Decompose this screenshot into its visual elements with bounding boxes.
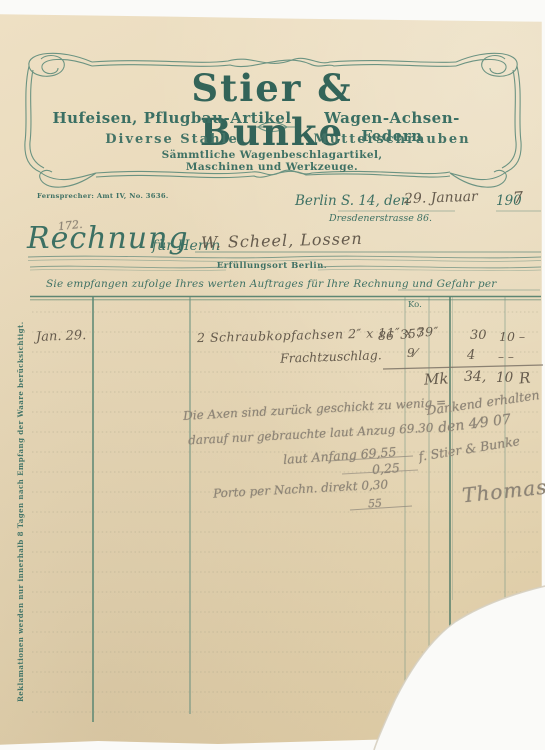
entry-mark: 30 (470, 328, 487, 343)
pencil-note-4: 0,25 (372, 460, 401, 477)
entry-date: Jan. 29. (36, 328, 87, 345)
pencil-note-6: 55 (368, 497, 383, 511)
pencil-note-2: darauf nur gebrauchte laut Anzug 69.30 (188, 421, 434, 448)
receipt-note-2: den 4⁄9 07 (437, 412, 512, 437)
pencil-note-1: Die Axen sind zurück geschickt zu wenig … (183, 395, 447, 423)
surcharge-pfennig: – – (498, 350, 514, 364)
surcharge-label: Frachtzuschlag. (280, 347, 382, 366)
pencil-note-5: Porto per Nachn. direkt 0,30 (213, 477, 389, 500)
handwriting-layer: Jan. 29. 2 Schraubkopfachsen 2″ x 11″ x … (0, 0, 545, 750)
scanned-invoice: Stier & Bunke Hufeisen, Pflugbau-Artikel… (0, 0, 545, 750)
entry-pfennig: 10 – (499, 329, 525, 344)
total-mark: 34, (464, 369, 486, 385)
surcharge-ko: 9⁄ (407, 346, 417, 360)
total-label: Mk (424, 369, 449, 388)
entry-ko: 357 (400, 325, 425, 342)
entry-weight: 86 (378, 328, 394, 343)
total-suffix: R (518, 369, 531, 388)
receipt-note-1: Dankend erhalten (426, 387, 541, 418)
signature: Thomas (461, 475, 545, 508)
surcharge-mark: 4 (467, 348, 475, 363)
total-pfennig: 10 (496, 370, 513, 386)
receipt-note-3: f. Stier & Bunke (417, 433, 521, 464)
